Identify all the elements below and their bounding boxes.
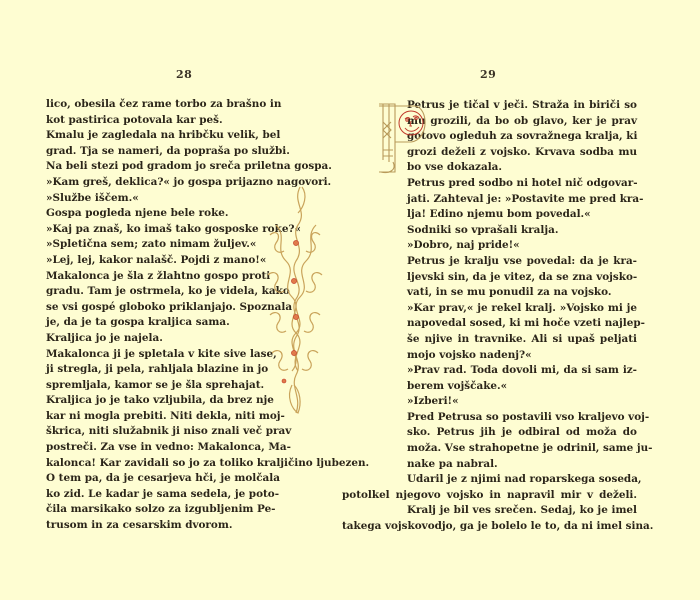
text-line: bo vse dokazala. <box>407 160 637 176</box>
text-line: vati, in se mu ponudil za na vojsko. <box>407 285 637 301</box>
text-line: ko zid. Le kadar je sama sedela, je poto… <box>46 487 261 503</box>
text-line: jati. Zahteval je: »Postavite me pred kr… <box>407 192 637 208</box>
vertical-floral-vine-ornament <box>262 185 328 415</box>
text-line: se vsi gospé globoko priklanjajo. Spozna… <box>46 300 261 316</box>
left-page: 28 lico, obesila čez rame torbo za brašn… <box>0 0 350 600</box>
text-line: čila marsikako solzo za izgubljenim Pe- <box>46 502 261 518</box>
text-line: lico, obesila čez rame torbo za brašno i… <box>46 97 261 113</box>
text-line: Na beli stezi pod gradom jo sreča prilet… <box>46 159 326 175</box>
page-number-left: 28 <box>176 68 192 81</box>
text-line: kalonca! Kar zavidali so jo za toliko kr… <box>46 456 326 472</box>
text-line: Kraljica jo je najela. <box>46 331 261 347</box>
text-line: berem vojščake.« <box>407 379 637 395</box>
text-line: Petrus je tičal v ječi. Straža in biriči… <box>407 98 637 114</box>
text-line: kar ni mogla prebiti. Niti dekla, niti m… <box>46 409 261 425</box>
text-line: škrica, niti služabnik ji niso znali več… <box>46 424 261 440</box>
text-line: ljevski sin, da je vitez, da se zna vojs… <box>407 270 637 286</box>
text-line: »Spletična sem; zato nimam žuljev.« <box>46 237 261 253</box>
text-line: grad. Tja se nameri, da popraša po služb… <box>46 144 261 160</box>
text-line: napovedal sosed, ki mi hoče vzeti najlep… <box>407 316 637 332</box>
text-line: Udaril je z njimi nad roparskega soseda, <box>407 472 637 488</box>
left-page-text: lico, obesila čez rame torbo za brašno i… <box>46 97 261 534</box>
right-page: 29 Petrus je tičal v ječi. Straža in bir… <box>350 0 700 600</box>
text-line: ji stregla, ji pela, rahljala blazine in… <box>46 362 261 378</box>
text-line: »Izberi!« <box>407 394 637 410</box>
text-line: nake pa nabral. <box>407 457 637 473</box>
illuminated-initial-p-with-face <box>375 100 429 176</box>
text-line: sko. Petrus jih je odbiral od moža do <box>407 425 637 441</box>
text-line: Pred Petrusa so postavili vso kraljevo v… <box>407 410 637 426</box>
text-line: mu grozili, da bo ob glavo, ker je prav <box>407 114 637 130</box>
text-line: trusom in za cesarskim dvorom. <box>46 518 261 534</box>
text-line: gotovo ogleduh za sovražnega kralja, ki <box>407 129 637 145</box>
text-line: »Službe iščem.« <box>46 191 261 207</box>
text-line: Kmalu je zagledala na hribčku velik, bel <box>46 128 261 144</box>
text-line: je, da je ta gospa kraljica sama. <box>46 315 261 331</box>
text-line: Petrus je kralju vse povedal: da je kra- <box>407 254 637 270</box>
text-line: kot pastirica potovala kar peš. <box>46 113 261 129</box>
text-line: Kraljica jo je tako vzljubila, da brez n… <box>46 393 261 409</box>
text-line: še njive in travnike. Ali si upaš peljat… <box>407 332 637 348</box>
text-line: Kralj je bil ves srečen. Sedaj, ko je im… <box>407 503 637 519</box>
text-line: Makalonca je šla z žlahtno gospo proti <box>46 269 261 285</box>
text-line: spremljala, kamor se je šla sprehajat. <box>46 378 261 394</box>
text-line: takega vojskovodjo, ga je bolelo le to, … <box>342 519 637 535</box>
text-line: Sodniki so vprašali kralja. <box>407 223 637 239</box>
text-line: Petrus pred sodbo ni hotel nič odgovar- <box>407 176 637 192</box>
text-line: »Dobro, naj pride!« <box>407 238 637 254</box>
text-line: Makalonca ji je spletala v kite sive las… <box>46 347 261 363</box>
text-line: gradu. Tam je ostrmela, ko je videla, ka… <box>46 284 261 300</box>
right-page-text: Petrus je tičal v ječi. Straža in biriči… <box>407 98 637 535</box>
text-line: Gospa pogleda njene bele roke. <box>46 206 261 222</box>
text-line: grozi deželi z vojsko. Krvava sodba mu <box>407 145 637 161</box>
page-number-right: 29 <box>480 68 496 81</box>
text-line: O tem pa, da je cesarjeva hči, je molčal… <box>46 471 261 487</box>
text-line: »Prav rad. Toda dovoli mi, da si sam iz- <box>407 363 637 379</box>
book-spread: 28 lico, obesila čez rame torbo za brašn… <box>0 0 700 600</box>
text-line: potolkel njegovo vojsko in napravil mir … <box>342 488 637 504</box>
text-line: mojo vojsko nadenj?« <box>407 348 637 364</box>
text-line: »Lej, lej, kakor nalašč. Pojdi z mano!« <box>46 253 261 269</box>
text-line: »Kaj pa znaš, ko imaš tako gosposke roke… <box>46 222 261 238</box>
text-line: postreči. Za vse in vedno: Makalonca, Ma… <box>46 440 261 456</box>
text-line: »Kar prav,« je rekel kralj. »Vojsko mi j… <box>407 301 637 317</box>
text-line: lja! Edino njemu bom povedal.« <box>407 207 637 223</box>
text-line: moža. Vse strahopetne je odrinil, same j… <box>407 441 637 457</box>
